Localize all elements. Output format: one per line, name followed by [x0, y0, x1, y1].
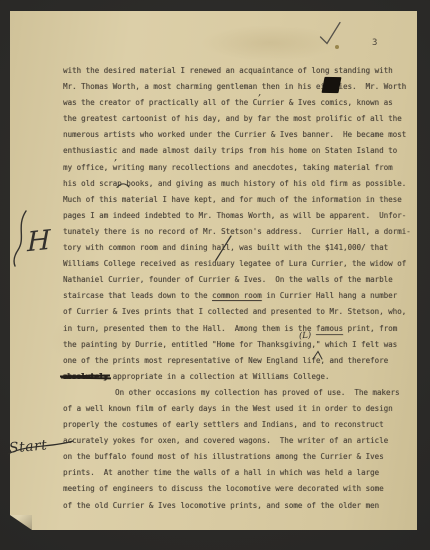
typed-line: tory with common room and dining hall, w… — [63, 240, 411, 256]
typed-line: Mr. Thomas Worth, a most charming gentle… — [63, 79, 411, 95]
handwritten-comma-after-enthusiastic: , — [114, 152, 117, 163]
typed-segment: numerous artists who worked under the Cu… — [63, 130, 406, 139]
typed-segment: of a well known film of early days in th… — [63, 404, 393, 413]
dog-ear-fold — [10, 515, 32, 530]
typed-segment: tunately there is no record of Mr. Stets… — [63, 227, 411, 236]
handwritten-comma-after-gentleman: , — [258, 87, 261, 98]
typed-segment-struck: absolutely — [63, 372, 108, 381]
typed-segment: tory with common room and dining hall, w… — [63, 243, 388, 252]
paper-stain — [200, 25, 340, 61]
typed-line: properly the costumes of early settlers … — [63, 417, 411, 433]
page-number: 3 — [372, 38, 377, 48]
typed-segment: Much of this material I have kept, and f… — [63, 195, 402, 204]
typed-segment-u-pencil: famous — [316, 324, 343, 333]
typed-segment: prints. At another time the walls of a h… — [63, 468, 379, 477]
typed-line: with the desired material I renewed an a… — [63, 63, 411, 79]
typed-segment: Nathaniel Currier, founder of Currier & … — [63, 275, 393, 284]
typed-segment: his old scrap books, and giving as much … — [63, 179, 406, 188]
typed-line: of Currier & Ives prints that I collecte… — [63, 304, 411, 320]
typed-segment: of the old Currier & Ives locomotive pri… — [63, 501, 379, 510]
typed-segment: of Currier & Ives prints that I collecte… — [63, 307, 406, 316]
typed-line: in turn, presented them to the Hall. Amo… — [63, 321, 411, 337]
typed-segment: properly the costumes of early settlers … — [63, 420, 384, 429]
typed-segment-blot: ght — [325, 82, 339, 91]
typed-segment: was the creator of practically all of th… — [63, 98, 393, 107]
typed-segment: On other occasions my collection has pro… — [115, 388, 399, 397]
handwritten-insertion-label: (L) — [299, 331, 312, 342]
typed-line: meeting of engineers to discuss the loco… — [63, 481, 411, 497]
typed-line: pages I am indeed indebted to Mr. Thomas… — [63, 208, 411, 224]
typed-line: his old scrap books, and giving as much … — [63, 176, 411, 192]
typed-segment: appropriate in a collection at Williams … — [108, 372, 329, 381]
typed-segment: the greatest cartoonist of his day, and … — [63, 114, 402, 123]
typed-line: staircase that leads down to the common … — [63, 288, 411, 304]
typed-line: Williams College received as residuary l… — [63, 256, 411, 272]
paper-sheet: 3 with the desired material I renewed an… — [10, 11, 417, 530]
typed-line: the greatest cartoonist of his day, and … — [63, 111, 411, 127]
typed-segment: in Currier Hall hang a number — [262, 291, 397, 300]
typed-line: On other occasions my collection has pro… — [63, 385, 411, 401]
margin-letter-h: H — [27, 225, 50, 259]
typed-segment: print, from — [343, 324, 397, 333]
typed-segment: Williams College received as residuary l… — [63, 259, 406, 268]
typed-line: absolutely appropriate in a collection a… — [63, 369, 411, 385]
typed-segment: the painting by Durrie, entitled "Home f… — [63, 340, 397, 349]
typed-text-block: with the desired material I renewed an a… — [63, 63, 411, 514]
typed-line: was the creator of practically all of th… — [63, 95, 411, 111]
typed-line: on the buffalo found most of his illustr… — [63, 449, 411, 465]
typed-segment: pages I am indeed indebted to Mr. Thomas… — [63, 211, 406, 220]
typed-segment: my office, writing many recollections an… — [63, 163, 393, 172]
typed-segment: on the buffalo found most of his illustr… — [63, 452, 384, 461]
typed-segment: one of the prints most representative of… — [63, 356, 388, 365]
typed-line: the painting by Durrie, entitled "Home f… — [63, 337, 411, 353]
typed-line: accurately yokes for oxen, and covered w… — [63, 433, 411, 449]
typed-segment: with the desired material I renewed an a… — [63, 66, 393, 75]
typed-line: tunately there is no record of Mr. Stets… — [63, 224, 411, 240]
typed-segment: meeting of engineers to discuss the loco… — [63, 484, 384, 493]
typed-segment: Mr. Thomas Worth, a most charming gentle… — [63, 82, 325, 91]
typed-line: of a well known film of early days in th… — [63, 401, 411, 417]
handwritten-start-note: Start — [8, 437, 48, 456]
typed-line: Much of this material I have kept, and f… — [63, 192, 411, 208]
typed-line: of the old Currier & Ives locomotive pri… — [63, 498, 411, 514]
typed-segment: ies. Mr. Worth — [338, 82, 406, 91]
typed-segment: accurately yokes for oxen, and covered w… — [63, 436, 388, 445]
typed-line: Nathaniel Currier, founder of Currier & … — [63, 272, 411, 288]
typed-segment: staircase that leads down to the — [63, 291, 212, 300]
scanned-typescript-page: { "page": { "number": "3" }, "document":… — [0, 0, 430, 550]
typed-line: prints. At another time the walls of a h… — [63, 465, 411, 481]
typed-segment-u-typed: common room — [212, 291, 262, 300]
typed-line: numerous artists who worked under the Cu… — [63, 127, 411, 143]
typed-segment: in turn, presented them to the Hall. Amo… — [63, 324, 316, 333]
typed-line: one of the prints most representative of… — [63, 353, 411, 369]
